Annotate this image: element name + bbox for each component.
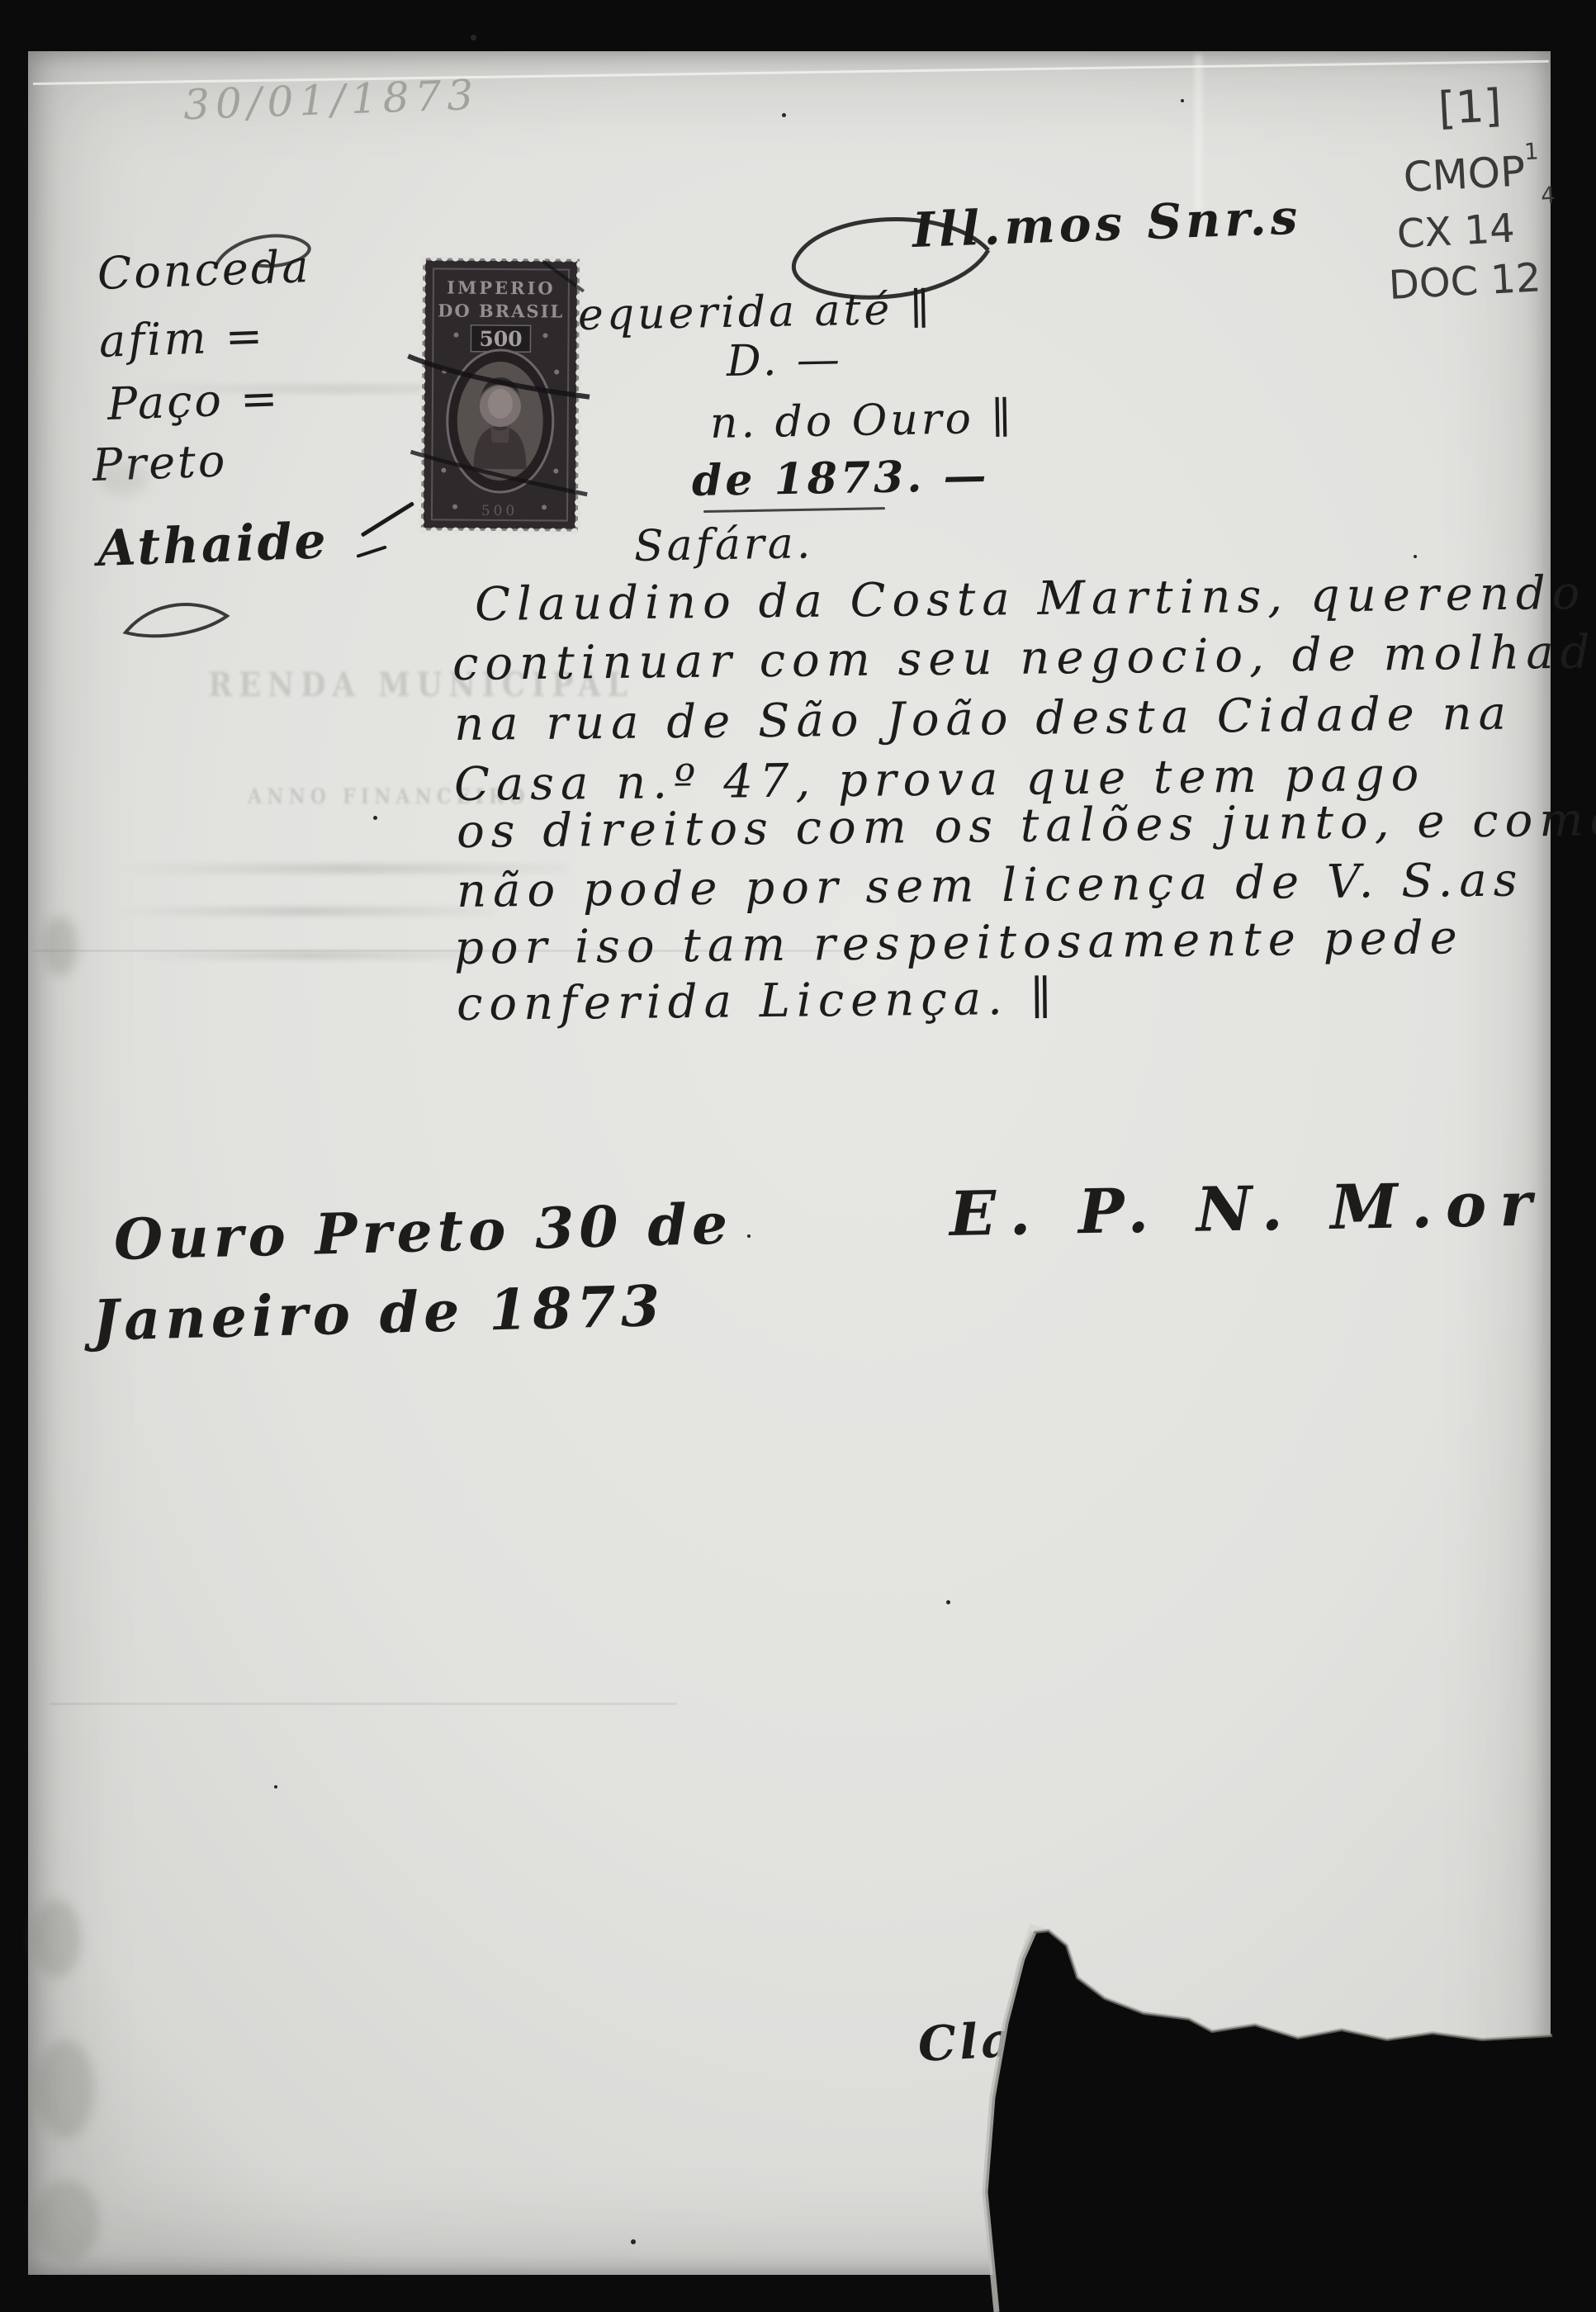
torn-corner [0, 0, 1596, 2312]
torn-corner-hole [985, 1931, 1596, 2312]
document-scan: RENDA MUNICIPAL ANNO FINANCEIRO 30/01/18… [0, 0, 1596, 2312]
